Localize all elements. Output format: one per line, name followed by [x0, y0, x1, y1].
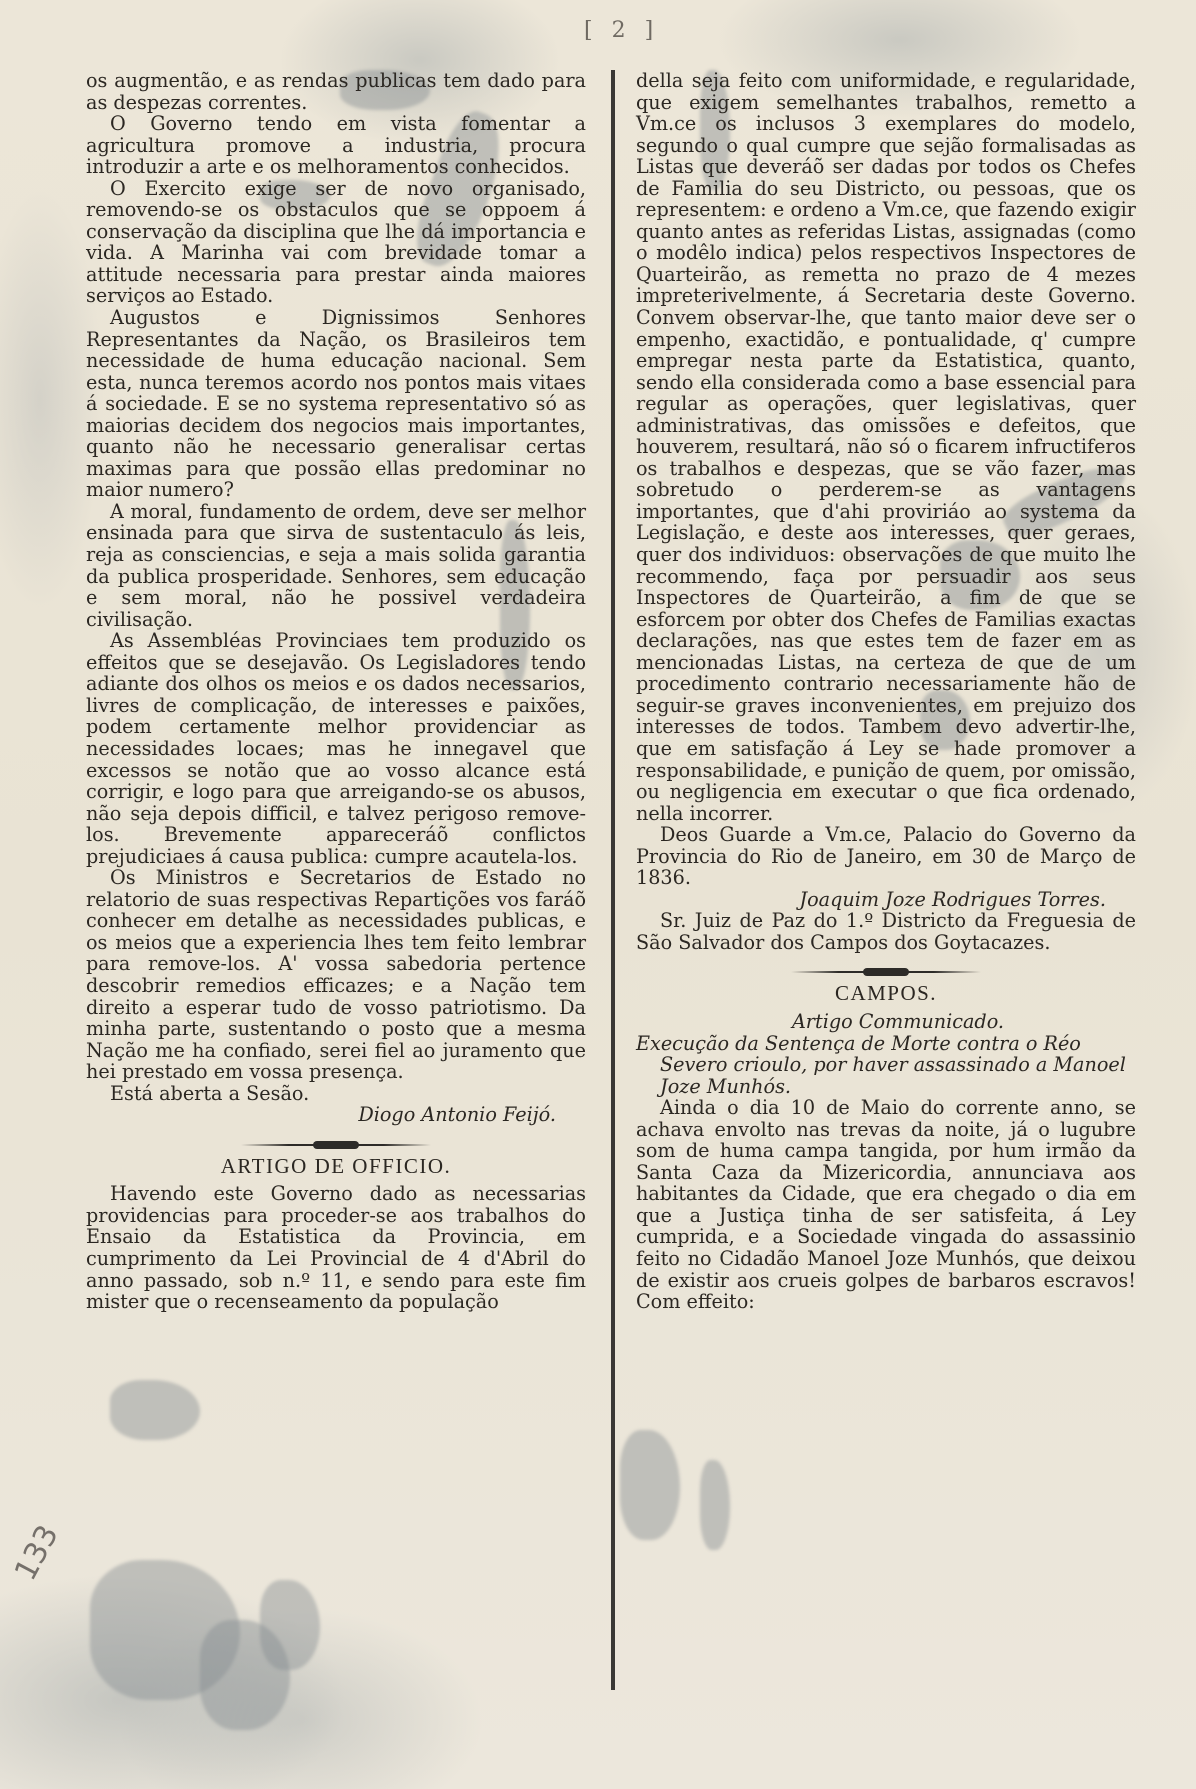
paragraph: A moral, fundamento de ordem, deve ser m…	[86, 501, 586, 630]
paragraph: Deos Guarde a Vm.ce, Palacio do Governo …	[636, 824, 1136, 889]
signature: Diogo Antonio Feijó.	[86, 1104, 586, 1126]
stain-mark	[620, 1430, 680, 1540]
paragraph: O Governo tendo em vista fomentar a agri…	[86, 113, 586, 178]
paragraph: Ainda o dia 10 de Maio do corrente anno,…	[636, 1097, 1136, 1312]
subheading: Artigo Communicado.	[636, 1011, 1136, 1033]
column-divider	[611, 70, 615, 1690]
left-column: os augmentão, e as rendas publicas tem d…	[86, 70, 586, 1313]
paragraph: Havendo este Governo dado as necessarias…	[86, 1183, 586, 1312]
stain-mark	[260, 1580, 320, 1670]
stain-mark	[700, 1460, 730, 1550]
page-number: [ 2 ]	[584, 18, 659, 43]
stain-mark	[110, 1380, 200, 1440]
paragraph: della seja feito com uniformidade, e reg…	[636, 70, 1136, 824]
paragraph: As Assembléas Provinciaes tem produzido …	[86, 630, 586, 867]
paragraph: Augustos e Dignissimos Senhores Represen…	[86, 307, 586, 501]
ornament-divider	[241, 1140, 431, 1150]
paragraph: Está aberta a Sesão.	[86, 1083, 586, 1105]
ornament-divider	[791, 967, 981, 977]
paragraph: O Exercito exige ser de novo organisado,…	[86, 178, 586, 307]
paragraph: Os Ministros e Secretarios de Estado no …	[86, 867, 586, 1082]
article-title: Execução da Sentença de Morte contra o R…	[636, 1033, 1136, 1098]
section-heading: CAMPOS.	[636, 983, 1136, 1005]
paragraph: os augmentão, e as rendas publicas tem d…	[86, 70, 586, 113]
section-heading: ARTIGO DE OFFICIO.	[86, 1156, 586, 1178]
signature: Joaquim Joze Rodrigues Torres.	[636, 889, 1136, 911]
right-column: della seja feito com uniformidade, e reg…	[636, 70, 1136, 1313]
addressee: Sr. Juiz de Paz do 1.º Districto da Freg…	[636, 910, 1136, 953]
